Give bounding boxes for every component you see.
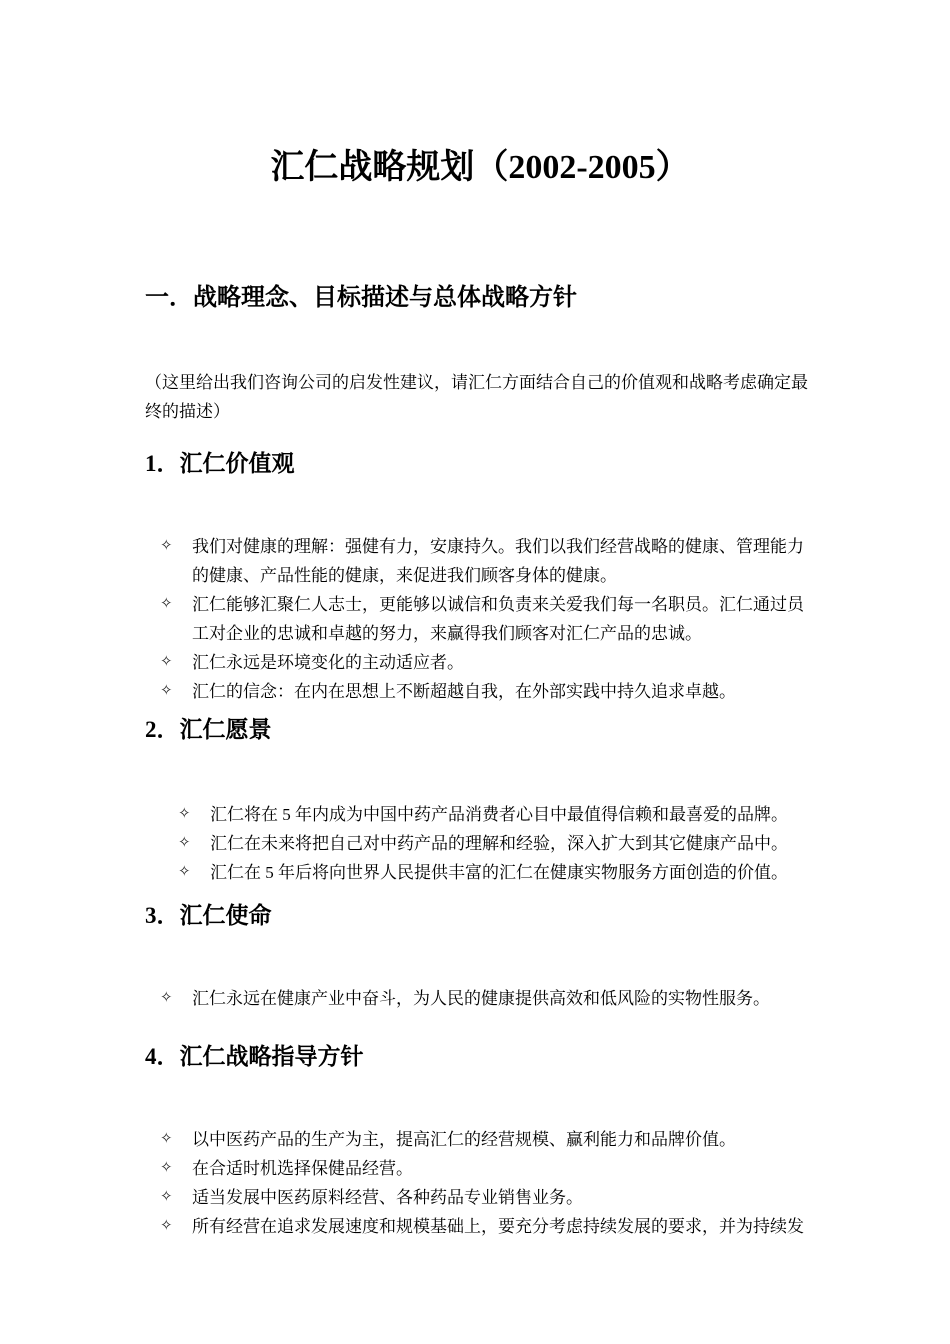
- bullet-text: 汇仁能够汇聚仁人志士，更能够以诚信和负责来关爱我们每一名职员。汇仁通过员工对企业…: [192, 590, 815, 648]
- diamond-bullet-icon: ✧: [160, 1125, 192, 1154]
- bullet-text: 汇仁的信念：在内在思想上不断超越自我，在外部实践中持久追求卓越。: [192, 677, 815, 706]
- section-heading-2: 2．汇仁愿景: [145, 714, 815, 746]
- bullet-item: ✧ 所有经营在追求发展速度和规模基础上，要充分考虑持续发展的要求，并为持续发: [145, 1212, 815, 1241]
- diamond-bullet-icon: ✧: [178, 858, 210, 887]
- diamond-bullet-icon: ✧: [178, 829, 210, 858]
- bullet-list-4: ✧ 以中医药产品的生产为主，提高汇仁的经营规模、赢利能力和品牌价值。 ✧ 在合适…: [145, 1125, 815, 1241]
- bullet-item: ✧ 汇仁在未来将把自己对中药产品的理解和经验，深入扩大到其它健康产品中。: [145, 829, 815, 858]
- bullet-text: 在合适时机选择保健品经营。: [192, 1154, 815, 1183]
- section-heading-3: 3．汇仁使命: [145, 900, 815, 932]
- bullet-item: ✧ 汇仁能够汇聚仁人志士，更能够以诚信和负责来关爱我们每一名职员。汇仁通过员工对…: [145, 590, 815, 648]
- bullet-text: 汇仁永远是环境变化的主动适应者。: [192, 648, 815, 677]
- document-title: 汇仁战略规划（2002-2005）: [145, 146, 815, 190]
- bullet-item: ✧ 我们对健康的理解：强健有力，安康持久。我们以我们经营战略的健康、管理能力的健…: [145, 532, 815, 590]
- diamond-bullet-icon: ✧: [178, 800, 210, 829]
- bullet-text: 适当发展中医药原料经营、各种药品专业销售业务。: [192, 1183, 815, 1212]
- bullet-item: ✧ 汇仁永远是环境变化的主动适应者。: [145, 648, 815, 677]
- bullet-item: ✧ 汇仁将在 5 年内成为中国中药产品消费者心目中最值得信赖和最喜爱的品牌。: [145, 800, 815, 829]
- diamond-bullet-icon: ✧: [160, 1183, 192, 1212]
- bullet-list-1: ✧ 我们对健康的理解：强健有力，安康持久。我们以我们经营战略的健康、管理能力的健…: [145, 532, 815, 706]
- bullet-text: 汇仁永远在健康产业中奋斗，为人民的健康提供高效和低风险的实物性服务。: [192, 984, 815, 1013]
- section-heading-1: 1．汇仁价值观: [145, 448, 815, 480]
- diamond-bullet-icon: ✧: [160, 532, 192, 561]
- bullet-list-2: ✧ 汇仁将在 5 年内成为中国中药产品消费者心目中最值得信赖和最喜爱的品牌。 ✧…: [145, 800, 815, 887]
- diamond-bullet-icon: ✧: [160, 1154, 192, 1183]
- diamond-bullet-icon: ✧: [160, 677, 192, 706]
- diamond-bullet-icon: ✧: [160, 648, 192, 677]
- bullet-text: 汇仁在未来将把自己对中药产品的理解和经验，深入扩大到其它健康产品中。: [210, 829, 815, 858]
- bullet-item: ✧ 汇仁永远在健康产业中奋斗，为人民的健康提供高效和低风险的实物性服务。: [145, 984, 815, 1013]
- bullet-text: 汇仁在 5 年后将向世界人民提供丰富的汇仁在健康实物服务方面创造的价值。: [210, 858, 815, 887]
- bullet-text: 以中医药产品的生产为主，提高汇仁的经营规模、赢利能力和品牌价值。: [192, 1125, 815, 1154]
- diamond-bullet-icon: ✧: [160, 984, 192, 1013]
- chapter-heading: 一．战略理念、目标描述与总体战略方针: [145, 282, 815, 314]
- bullet-text: 所有经营在追求发展速度和规模基础上，要充分考虑持续发展的要求，并为持续发: [192, 1212, 815, 1241]
- diamond-bullet-icon: ✧: [160, 590, 192, 619]
- section-heading-4: 4．汇仁战略指导方针: [145, 1041, 815, 1073]
- bullet-text: 我们对健康的理解：强健有力，安康持久。我们以我们经营战略的健康、管理能力的健康、…: [192, 532, 815, 590]
- bullet-item: ✧ 汇仁的信念：在内在思想上不断超越自我，在外部实践中持久追求卓越。: [145, 677, 815, 706]
- document-page: 汇仁战略规划（2002-2005） 一．战略理念、目标描述与总体战略方针 （这里…: [0, 0, 950, 1344]
- bullet-item: ✧ 以中医药产品的生产为主，提高汇仁的经营规模、赢利能力和品牌价值。: [145, 1125, 815, 1154]
- bullet-text: 汇仁将在 5 年内成为中国中药产品消费者心目中最值得信赖和最喜爱的品牌。: [210, 800, 815, 829]
- bullet-item: ✧ 在合适时机选择保健品经营。: [145, 1154, 815, 1183]
- bullet-item: ✧ 适当发展中医药原料经营、各种药品专业销售业务。: [145, 1183, 815, 1212]
- bullet-list-3: ✧ 汇仁永远在健康产业中奋斗，为人民的健康提供高效和低风险的实物性服务。: [145, 984, 815, 1013]
- intro-note: （这里给出我们咨询公司的启发性建议，请汇仁方面结合自己的价值观和战略考虑确定最终…: [145, 368, 815, 426]
- bullet-item: ✧ 汇仁在 5 年后将向世界人民提供丰富的汇仁在健康实物服务方面创造的价值。: [145, 858, 815, 887]
- diamond-bullet-icon: ✧: [160, 1212, 192, 1241]
